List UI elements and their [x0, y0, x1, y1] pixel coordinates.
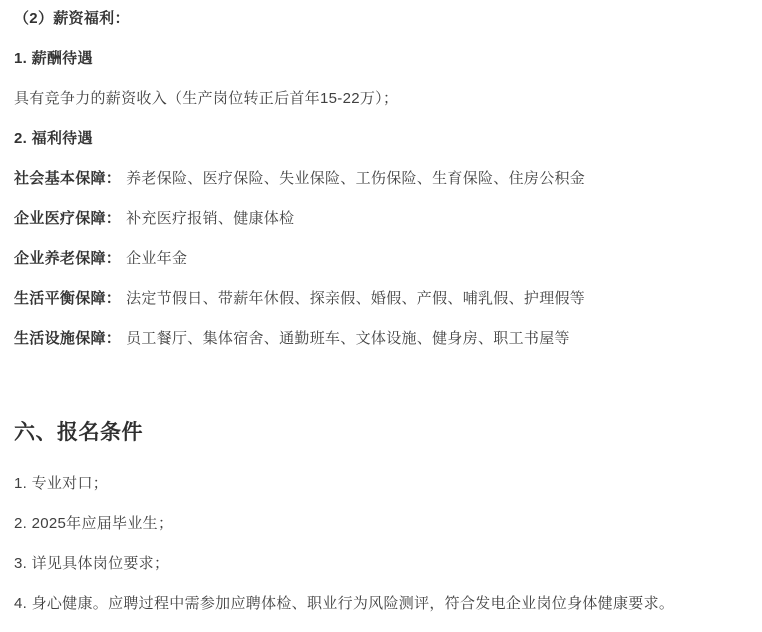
requirement-item-health: 4. 身心健康。应聘过程中需参加应聘体检、职业行为风险测评，符合发电企业岗位身体…	[14, 593, 748, 614]
benefit-label: 社会基本保障：	[14, 170, 121, 187]
job-posting-document: （2）薪资福利： 1. 薪酬待遇 具有竞争力的薪资收入（生产岗位转正后首年15-…	[0, 0, 762, 632]
benefit-label: 生活平衡保障：	[14, 290, 121, 307]
benefit-content: 法定节假日、带薪年休假、探亲假、婚假、产假、哺乳假、护理假等	[126, 290, 585, 307]
benefit-label: 生活设施保障：	[14, 330, 121, 347]
requirements-heading: 六、报名条件	[14, 418, 748, 448]
benefit-content: 员工餐厅、集体宿舍、通勤班车、文体设施、健身房、职工书屋等	[126, 330, 570, 347]
requirement-item-graduate-year: 2. 2025年应届毕业生；	[14, 513, 748, 534]
requirement-item-major: 1. 专业对口；	[14, 473, 748, 494]
benefit-row-pension: 企业养老保障：企业年金	[14, 248, 748, 269]
salary-benefits-heading: （2）薪资福利：	[14, 8, 748, 29]
benefit-row-social-insurance: 社会基本保障：养老保险、医疗保险、失业保险、工伤保险、生育保险、住房公积金	[14, 168, 748, 189]
requirement-item-position-details: 3. 详见具体岗位要求；	[14, 553, 748, 574]
salary-treatment-subheading: 1. 薪酬待遇	[14, 48, 748, 69]
benefit-row-medical: 企业医疗保障：补充医疗报销、健康体检	[14, 208, 748, 229]
welfare-treatment-subheading: 2. 福利待遇	[14, 128, 748, 149]
benefit-label: 企业医疗保障：	[14, 210, 121, 227]
benefit-content: 补充医疗报销、健康体检	[126, 210, 294, 227]
benefit-content: 企业年金	[126, 250, 187, 267]
benefit-row-facilities: 生活设施保障：员工餐厅、集体宿舍、通勤班车、文体设施、健身房、职工书屋等	[14, 328, 748, 349]
benefit-content: 养老保险、医疗保险、失业保险、工伤保险、生育保险、住房公积金	[126, 170, 585, 187]
benefit-label: 企业养老保障：	[14, 250, 121, 267]
benefit-row-work-life-balance: 生活平衡保障：法定节假日、带薪年休假、探亲假、婚假、产假、哺乳假、护理假等	[14, 288, 748, 309]
salary-description: 具有竞争力的薪资收入（生产岗位转正后首年15-22万）；	[14, 88, 748, 109]
